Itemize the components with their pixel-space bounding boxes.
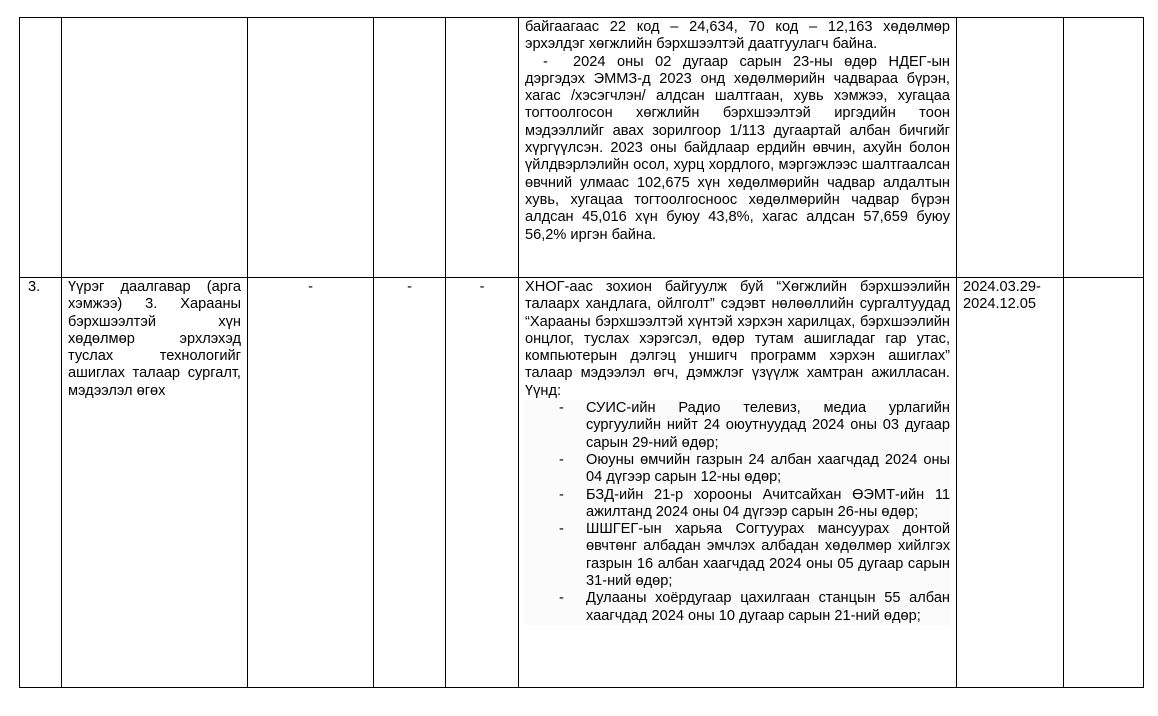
col3-cell: - — [248, 278, 374, 688]
period-cell — [957, 18, 1064, 278]
report-table: байгаагаас 22 код – 24,634, 70 код – 12,… — [19, 17, 1144, 688]
activity-list: -СУИС-ийн Радио телевиз, медиа урлагийн … — [525, 400, 950, 625]
list-item: -СУИС-ийн Радио телевиз, медиа урлагийн … — [551, 400, 950, 452]
col5-cell — [446, 18, 519, 278]
col4-cell: - — [374, 278, 446, 688]
period-cell: 2024.03.29- 2024.12.05 — [957, 278, 1064, 688]
dash-marker: - — [543, 54, 573, 71]
description-paragraph: -2024 оны 02 дугаар сарын 23-ны өдөр НДЕ… — [525, 54, 950, 244]
dash-marker: - — [559, 521, 564, 538]
description-lead: байгаагаас 22 код – 24,634, 70 код – 12,… — [525, 19, 950, 54]
row-number-cell — [20, 18, 62, 278]
list-item: -ШШГЕГ-ын харьяа Согтуурах мансуурах дон… — [551, 521, 950, 590]
col3-cell — [248, 18, 374, 278]
list-item: -Дулааны хоёрдугаар цахилгаан станцын 55… — [551, 590, 950, 625]
table-row: байгаагаас 22 код – 24,634, 70 код – 12,… — [20, 18, 1144, 278]
task-cell — [62, 18, 248, 278]
description-intro: ХНОГ-аас зохион байгуулж буй “Хөгжлийн б… — [525, 279, 950, 400]
task-cell: Үүрэг даалгавар (арга хэмжээ) 3. Харааны… — [62, 278, 248, 688]
table-row: 3. Үүрэг даалгавар (арга хэмжээ) 3. Хара… — [20, 278, 1144, 688]
dash-marker: - — [559, 487, 564, 504]
list-item: -Оюуны өмчийн газрын 24 албан хаагчдад 2… — [551, 452, 950, 487]
last-cell — [1064, 18, 1144, 278]
last-cell — [1064, 278, 1144, 688]
dash-marker: - — [559, 590, 564, 607]
description-cell: байгаагаас 22 код – 24,634, 70 код – 12,… — [519, 18, 957, 278]
dash-marker: - — [559, 452, 564, 469]
paragraph-text: 2024 оны 02 дугаар сарын 23-ны өдөр НДЕГ… — [525, 54, 950, 243]
col5-cell: - — [446, 278, 519, 688]
list-item: -БЗД-ийн 21-р хорооны Ачитсайхан ӨЭМТ-ий… — [551, 487, 950, 522]
col4-cell — [374, 18, 446, 278]
dash-marker: - — [559, 400, 564, 417]
row-number-cell: 3. — [20, 278, 62, 688]
description-cell: ХНОГ-аас зохион байгуулж буй “Хөгжлийн б… — [519, 278, 957, 688]
